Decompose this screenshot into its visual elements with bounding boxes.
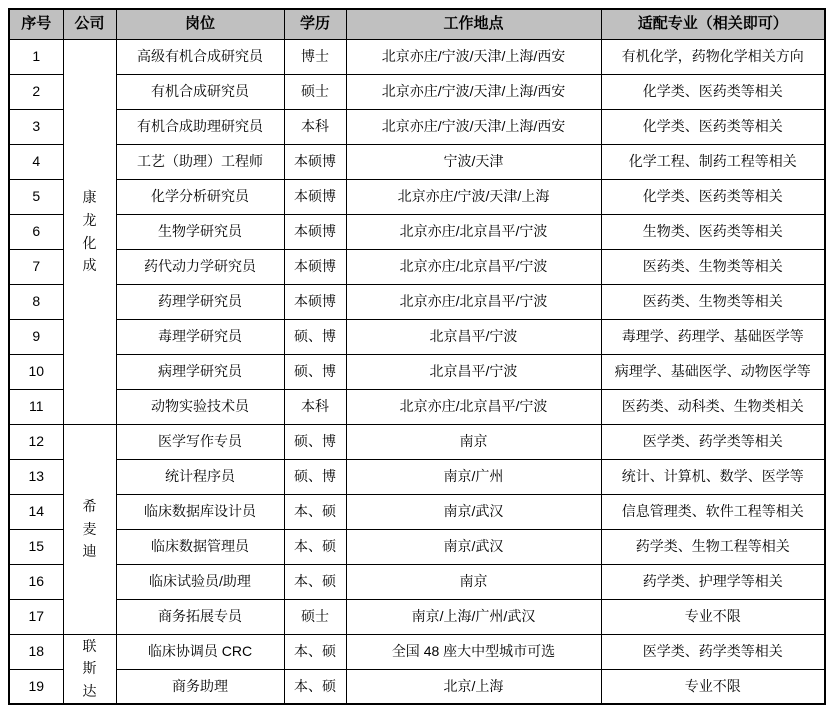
degree-cell: 本硕博 — [284, 284, 346, 319]
location-cell: 南京 — [346, 424, 601, 459]
row-number-cell: 19 — [9, 669, 63, 704]
location-cell: 北京亦庄/宁波/天津/上海 — [346, 179, 601, 214]
table-row: 2 有机合成研究员 硕士 北京亦庄/宁波/天津/上海/西安 化学类、医药类等相关 — [9, 74, 825, 109]
position-cell: 有机合成助理研究员 — [116, 109, 284, 144]
company-name: 康龙化成 — [82, 186, 97, 277]
job-table: 序号 公司 岗位 学历 工作地点 适配专业（相关即可） 1 康龙化成 高级有机合… — [8, 8, 826, 705]
company-name: 联斯达 — [82, 635, 97, 703]
col-header-no: 序号 — [9, 9, 63, 39]
table-row: 11 动物实验技术员 本科 北京亦庄/北京昌平/宁波 医药类、动科类、生物类相关 — [9, 389, 825, 424]
table-row: 1 康龙化成 高级有机合成研究员 博士 北京亦庄/宁波/天津/上海/西安 有机化… — [9, 39, 825, 74]
major-cell: 化学工程、制药工程等相关 — [601, 144, 825, 179]
row-number-cell: 16 — [9, 564, 63, 599]
position-cell: 临床数据库设计员 — [116, 494, 284, 529]
degree-cell: 硕、博 — [284, 459, 346, 494]
major-cell: 医药类、动科类、生物类相关 — [601, 389, 825, 424]
major-cell: 专业不限 — [601, 669, 825, 704]
table-row: 7 药代动力学研究员 本硕博 北京亦庄/北京昌平/宁波 医药类、生物类等相关 — [9, 249, 825, 284]
location-cell: 北京/上海 — [346, 669, 601, 704]
degree-cell: 硕、博 — [284, 424, 346, 459]
degree-cell: 本、硕 — [284, 669, 346, 704]
row-number-cell: 13 — [9, 459, 63, 494]
row-number-cell: 18 — [9, 634, 63, 669]
major-cell: 专业不限 — [601, 599, 825, 634]
company-cell: 希麦迪 — [63, 424, 116, 634]
degree-cell: 本、硕 — [284, 634, 346, 669]
position-cell: 工艺（助理）工程师 — [116, 144, 284, 179]
degree-cell: 博士 — [284, 39, 346, 74]
major-cell: 信息管理类、软件工程等相关 — [601, 494, 825, 529]
table-row: 15 临床数据管理员 本、硕 南京/武汉 药学类、生物工程等相关 — [9, 529, 825, 564]
row-number-cell: 11 — [9, 389, 63, 424]
major-cell: 医学类、药学类等相关 — [601, 424, 825, 459]
table-row: 4 工艺（助理）工程师 本硕博 宁波/天津 化学工程、制药工程等相关 — [9, 144, 825, 179]
degree-cell: 本、硕 — [284, 564, 346, 599]
position-cell: 临床协调员 CRC — [116, 634, 284, 669]
major-cell: 化学类、医药类等相关 — [601, 109, 825, 144]
table-row: 17 商务拓展专员 硕士 南京/上海/广州/武汉 专业不限 — [9, 599, 825, 634]
degree-cell: 本硕博 — [284, 249, 346, 284]
row-number-cell: 3 — [9, 109, 63, 144]
table-row: 14 临床数据库设计员 本、硕 南京/武汉 信息管理类、软件工程等相关 — [9, 494, 825, 529]
col-header-position: 岗位 — [116, 9, 284, 39]
location-cell: 南京 — [346, 564, 601, 599]
location-cell: 北京昌平/宁波 — [346, 354, 601, 389]
col-header-location: 工作地点 — [346, 9, 601, 39]
table-row: 19 商务助理 本、硕 北京/上海 专业不限 — [9, 669, 825, 704]
location-cell: 北京亦庄/宁波/天津/上海/西安 — [346, 39, 601, 74]
degree-cell: 硕士 — [284, 74, 346, 109]
col-header-major: 适配专业（相关即可） — [601, 9, 825, 39]
row-number-cell: 17 — [9, 599, 63, 634]
col-header-degree: 学历 — [284, 9, 346, 39]
row-number-cell: 8 — [9, 284, 63, 319]
degree-cell: 本科 — [284, 109, 346, 144]
degree-cell: 本科 — [284, 389, 346, 424]
major-cell: 化学类、医药类等相关 — [601, 179, 825, 214]
major-cell: 有机化学，药物化学相关方向 — [601, 39, 825, 74]
position-cell: 高级有机合成研究员 — [116, 39, 284, 74]
degree-cell: 本、硕 — [284, 529, 346, 564]
degree-cell: 本硕博 — [284, 179, 346, 214]
position-cell: 商务助理 — [116, 669, 284, 704]
degree-cell: 硕、博 — [284, 319, 346, 354]
row-number-cell: 6 — [9, 214, 63, 249]
table-row: 8 药理学研究员 本硕博 北京亦庄/北京昌平/宁波 医药类、生物类等相关 — [9, 284, 825, 319]
position-cell: 药代动力学研究员 — [116, 249, 284, 284]
position-cell: 药理学研究员 — [116, 284, 284, 319]
degree-cell: 硕、博 — [284, 354, 346, 389]
major-cell: 生物类、医药类等相关 — [601, 214, 825, 249]
location-cell: 南京/上海/广州/武汉 — [346, 599, 601, 634]
row-number-cell: 12 — [9, 424, 63, 459]
location-cell: 北京亦庄/北京昌平/宁波 — [346, 389, 601, 424]
table-row: 6 生物学研究员 本硕博 北京亦庄/北京昌平/宁波 生物类、医药类等相关 — [9, 214, 825, 249]
company-name: 希麦迪 — [82, 495, 97, 563]
location-cell: 北京亦庄/宁波/天津/上海/西安 — [346, 109, 601, 144]
degree-cell: 本硕博 — [284, 144, 346, 179]
row-number-cell: 7 — [9, 249, 63, 284]
major-cell: 医药类、生物类等相关 — [601, 284, 825, 319]
row-number-cell: 5 — [9, 179, 63, 214]
position-cell: 医学写作专员 — [116, 424, 284, 459]
page: 序号 公司 岗位 学历 工作地点 适配专业（相关即可） 1 康龙化成 高级有机合… — [0, 0, 831, 713]
table-row: 5 化学分析研究员 本硕博 北京亦庄/宁波/天津/上海 化学类、医药类等相关 — [9, 179, 825, 214]
degree-cell: 本、硕 — [284, 494, 346, 529]
major-cell: 病理学、基础医学、动物医学等 — [601, 354, 825, 389]
major-cell: 药学类、生物工程等相关 — [601, 529, 825, 564]
position-cell: 有机合成研究员 — [116, 74, 284, 109]
table-row: 18 联斯达 临床协调员 CRC 本、硕 全国 48 座大中型城市可选 医学类、… — [9, 634, 825, 669]
position-cell: 动物实验技术员 — [116, 389, 284, 424]
position-cell: 临床试验员/助理 — [116, 564, 284, 599]
location-cell: 北京亦庄/宁波/天津/上海/西安 — [346, 74, 601, 109]
location-cell: 南京/武汉 — [346, 529, 601, 564]
major-cell: 统计、计算机、数学、医学等 — [601, 459, 825, 494]
location-cell: 北京亦庄/北京昌平/宁波 — [346, 249, 601, 284]
degree-cell: 硕士 — [284, 599, 346, 634]
position-cell: 临床数据管理员 — [116, 529, 284, 564]
row-number-cell: 4 — [9, 144, 63, 179]
location-cell: 南京/武汉 — [346, 494, 601, 529]
table-row: 9 毒理学研究员 硕、博 北京昌平/宁波 毒理学、药理学、基础医学等 — [9, 319, 825, 354]
table-row: 10 病理学研究员 硕、博 北京昌平/宁波 病理学、基础医学、动物医学等 — [9, 354, 825, 389]
position-cell: 统计程序员 — [116, 459, 284, 494]
location-cell: 北京昌平/宁波 — [346, 319, 601, 354]
col-header-company: 公司 — [63, 9, 116, 39]
company-cell: 联斯达 — [63, 634, 116, 704]
row-number-cell: 9 — [9, 319, 63, 354]
row-number-cell: 10 — [9, 354, 63, 389]
row-number-cell: 15 — [9, 529, 63, 564]
location-cell: 北京亦庄/北京昌平/宁波 — [346, 214, 601, 249]
position-cell: 生物学研究员 — [116, 214, 284, 249]
row-number-cell: 2 — [9, 74, 63, 109]
row-number-cell: 1 — [9, 39, 63, 74]
position-cell: 商务拓展专员 — [116, 599, 284, 634]
major-cell: 药学类、护理学等相关 — [601, 564, 825, 599]
location-cell: 宁波/天津 — [346, 144, 601, 179]
position-cell: 化学分析研究员 — [116, 179, 284, 214]
table-row: 16 临床试验员/助理 本、硕 南京 药学类、护理学等相关 — [9, 564, 825, 599]
position-cell: 毒理学研究员 — [116, 319, 284, 354]
major-cell: 毒理学、药理学、基础医学等 — [601, 319, 825, 354]
location-cell: 全国 48 座大中型城市可选 — [346, 634, 601, 669]
location-cell: 南京/广州 — [346, 459, 601, 494]
table-row: 12 希麦迪 医学写作专员 硕、博 南京 医学类、药学类等相关 — [9, 424, 825, 459]
major-cell: 医学类、药学类等相关 — [601, 634, 825, 669]
table-row: 13 统计程序员 硕、博 南京/广州 统计、计算机、数学、医学等 — [9, 459, 825, 494]
company-cell: 康龙化成 — [63, 39, 116, 424]
header-row: 序号 公司 岗位 学历 工作地点 适配专业（相关即可） — [9, 9, 825, 39]
position-cell: 病理学研究员 — [116, 354, 284, 389]
major-cell: 化学类、医药类等相关 — [601, 74, 825, 109]
location-cell: 北京亦庄/北京昌平/宁波 — [346, 284, 601, 319]
major-cell: 医药类、生物类等相关 — [601, 249, 825, 284]
table-row: 3 有机合成助理研究员 本科 北京亦庄/宁波/天津/上海/西安 化学类、医药类等… — [9, 109, 825, 144]
degree-cell: 本硕博 — [284, 214, 346, 249]
row-number-cell: 14 — [9, 494, 63, 529]
